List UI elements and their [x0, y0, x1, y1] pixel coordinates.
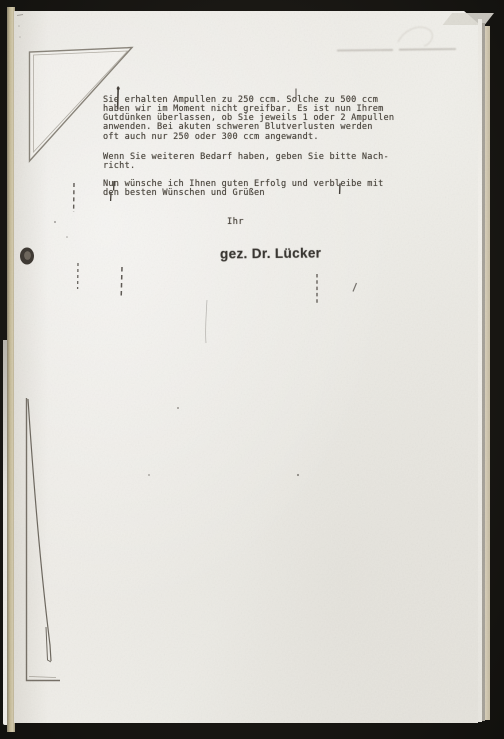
scanned-letter-photo: Sie erhalten Ampullen zu 250 ccm. Solche… [0, 0, 504, 739]
letter-line: Wenn Sie weiteren Bedarf haben, geben Si… [103, 153, 389, 162]
typewritten-paragraph-3: Nun wünsche ich Ihnen guten Erfolg und v… [103, 180, 383, 198]
typewritten-paragraph-2: Wenn Sie weiteren Bedarf haben, geben Si… [103, 153, 389, 171]
letter-line: den besten Wünschen und Grüßen [103, 189, 383, 198]
signature-stamp: gez. Dr. Lücker [220, 246, 321, 262]
closing-word: Ihr [227, 218, 244, 227]
letter-text-layer: Sie erhalten Ampullen zu 250 ccm. Solche… [0, 0, 504, 739]
typewritten-paragraph-1: Sie erhalten Ampullen zu 250 ccm. Solche… [103, 96, 394, 142]
letter-line: oft auch nur 250 oder 300 ccm angewandt. [103, 133, 394, 142]
letter-line: richt. [103, 162, 389, 171]
